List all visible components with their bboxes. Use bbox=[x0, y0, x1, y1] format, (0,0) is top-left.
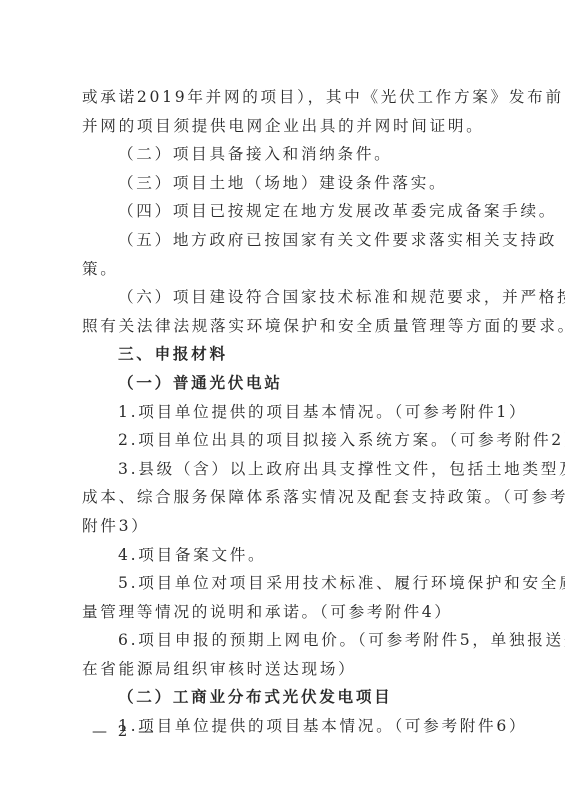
list-item: 3.县级（含）以上政府出具支撑性文件，包括土地类型及 bbox=[82, 455, 484, 484]
subsection-heading: （一）普通光伏电站 bbox=[82, 369, 484, 398]
list-item: 2.项目单位出具的项目拟接入系统方案。（可参考附件2） bbox=[82, 426, 484, 455]
paragraph-line: 策。 bbox=[82, 255, 484, 284]
requirement-3: （三）项目土地（场地）建设条件落实。 bbox=[82, 169, 484, 198]
paragraph-line: 量管理等情况的说明和承诺。（可参考附件4） bbox=[82, 598, 484, 627]
document-body: 或承诺2019年并网的项目），其中《光伏工作方案》发布前已 并网的项目须提供电网… bbox=[82, 83, 484, 741]
paragraph-line: 或承诺2019年并网的项目），其中《光伏工作方案》发布前已 bbox=[82, 83, 484, 112]
list-item: 6.项目申报的预期上网电价。（可参考附件5，单独报送并 bbox=[82, 626, 484, 655]
paragraph-line: 附件3） bbox=[82, 512, 484, 541]
requirement-4: （四）项目已按规定在地方发展改革委完成备案手续。 bbox=[82, 197, 484, 226]
page-number: — 2 — bbox=[92, 722, 156, 740]
list-item: 1.项目单位提供的项目基本情况。（可参考附件1） bbox=[82, 398, 484, 427]
paragraph-line: 成本、综合服务保障体系落实情况及配套支持政策。（可参考 bbox=[82, 483, 484, 512]
requirement-6: （六）项目建设符合国家技术标准和规范要求，并严格按 bbox=[82, 283, 484, 312]
requirement-2: （二）项目具备接入和消纳条件。 bbox=[82, 140, 484, 169]
paragraph-line: 在省能源局组织审核时送达现场） bbox=[82, 655, 484, 684]
requirement-5: （五）地方政府已按国家有关文件要求落实相关支持政 bbox=[82, 226, 484, 255]
list-item: 4.项目备案文件。 bbox=[82, 541, 484, 570]
paragraph-line: 并网的项目须提供电网企业出具的并网时间证明。 bbox=[82, 112, 484, 141]
paragraph-line: 照有关法律法规落实环境保护和安全质量管理等方面的要求。 bbox=[82, 312, 484, 341]
subsection-heading: （二）工商业分布式光伏发电项目 bbox=[82, 683, 484, 712]
section-heading: 三、申报材料 bbox=[82, 340, 484, 369]
list-item: 5.项目单位对项目采用技术标准、履行环境保护和安全质 bbox=[82, 569, 484, 598]
